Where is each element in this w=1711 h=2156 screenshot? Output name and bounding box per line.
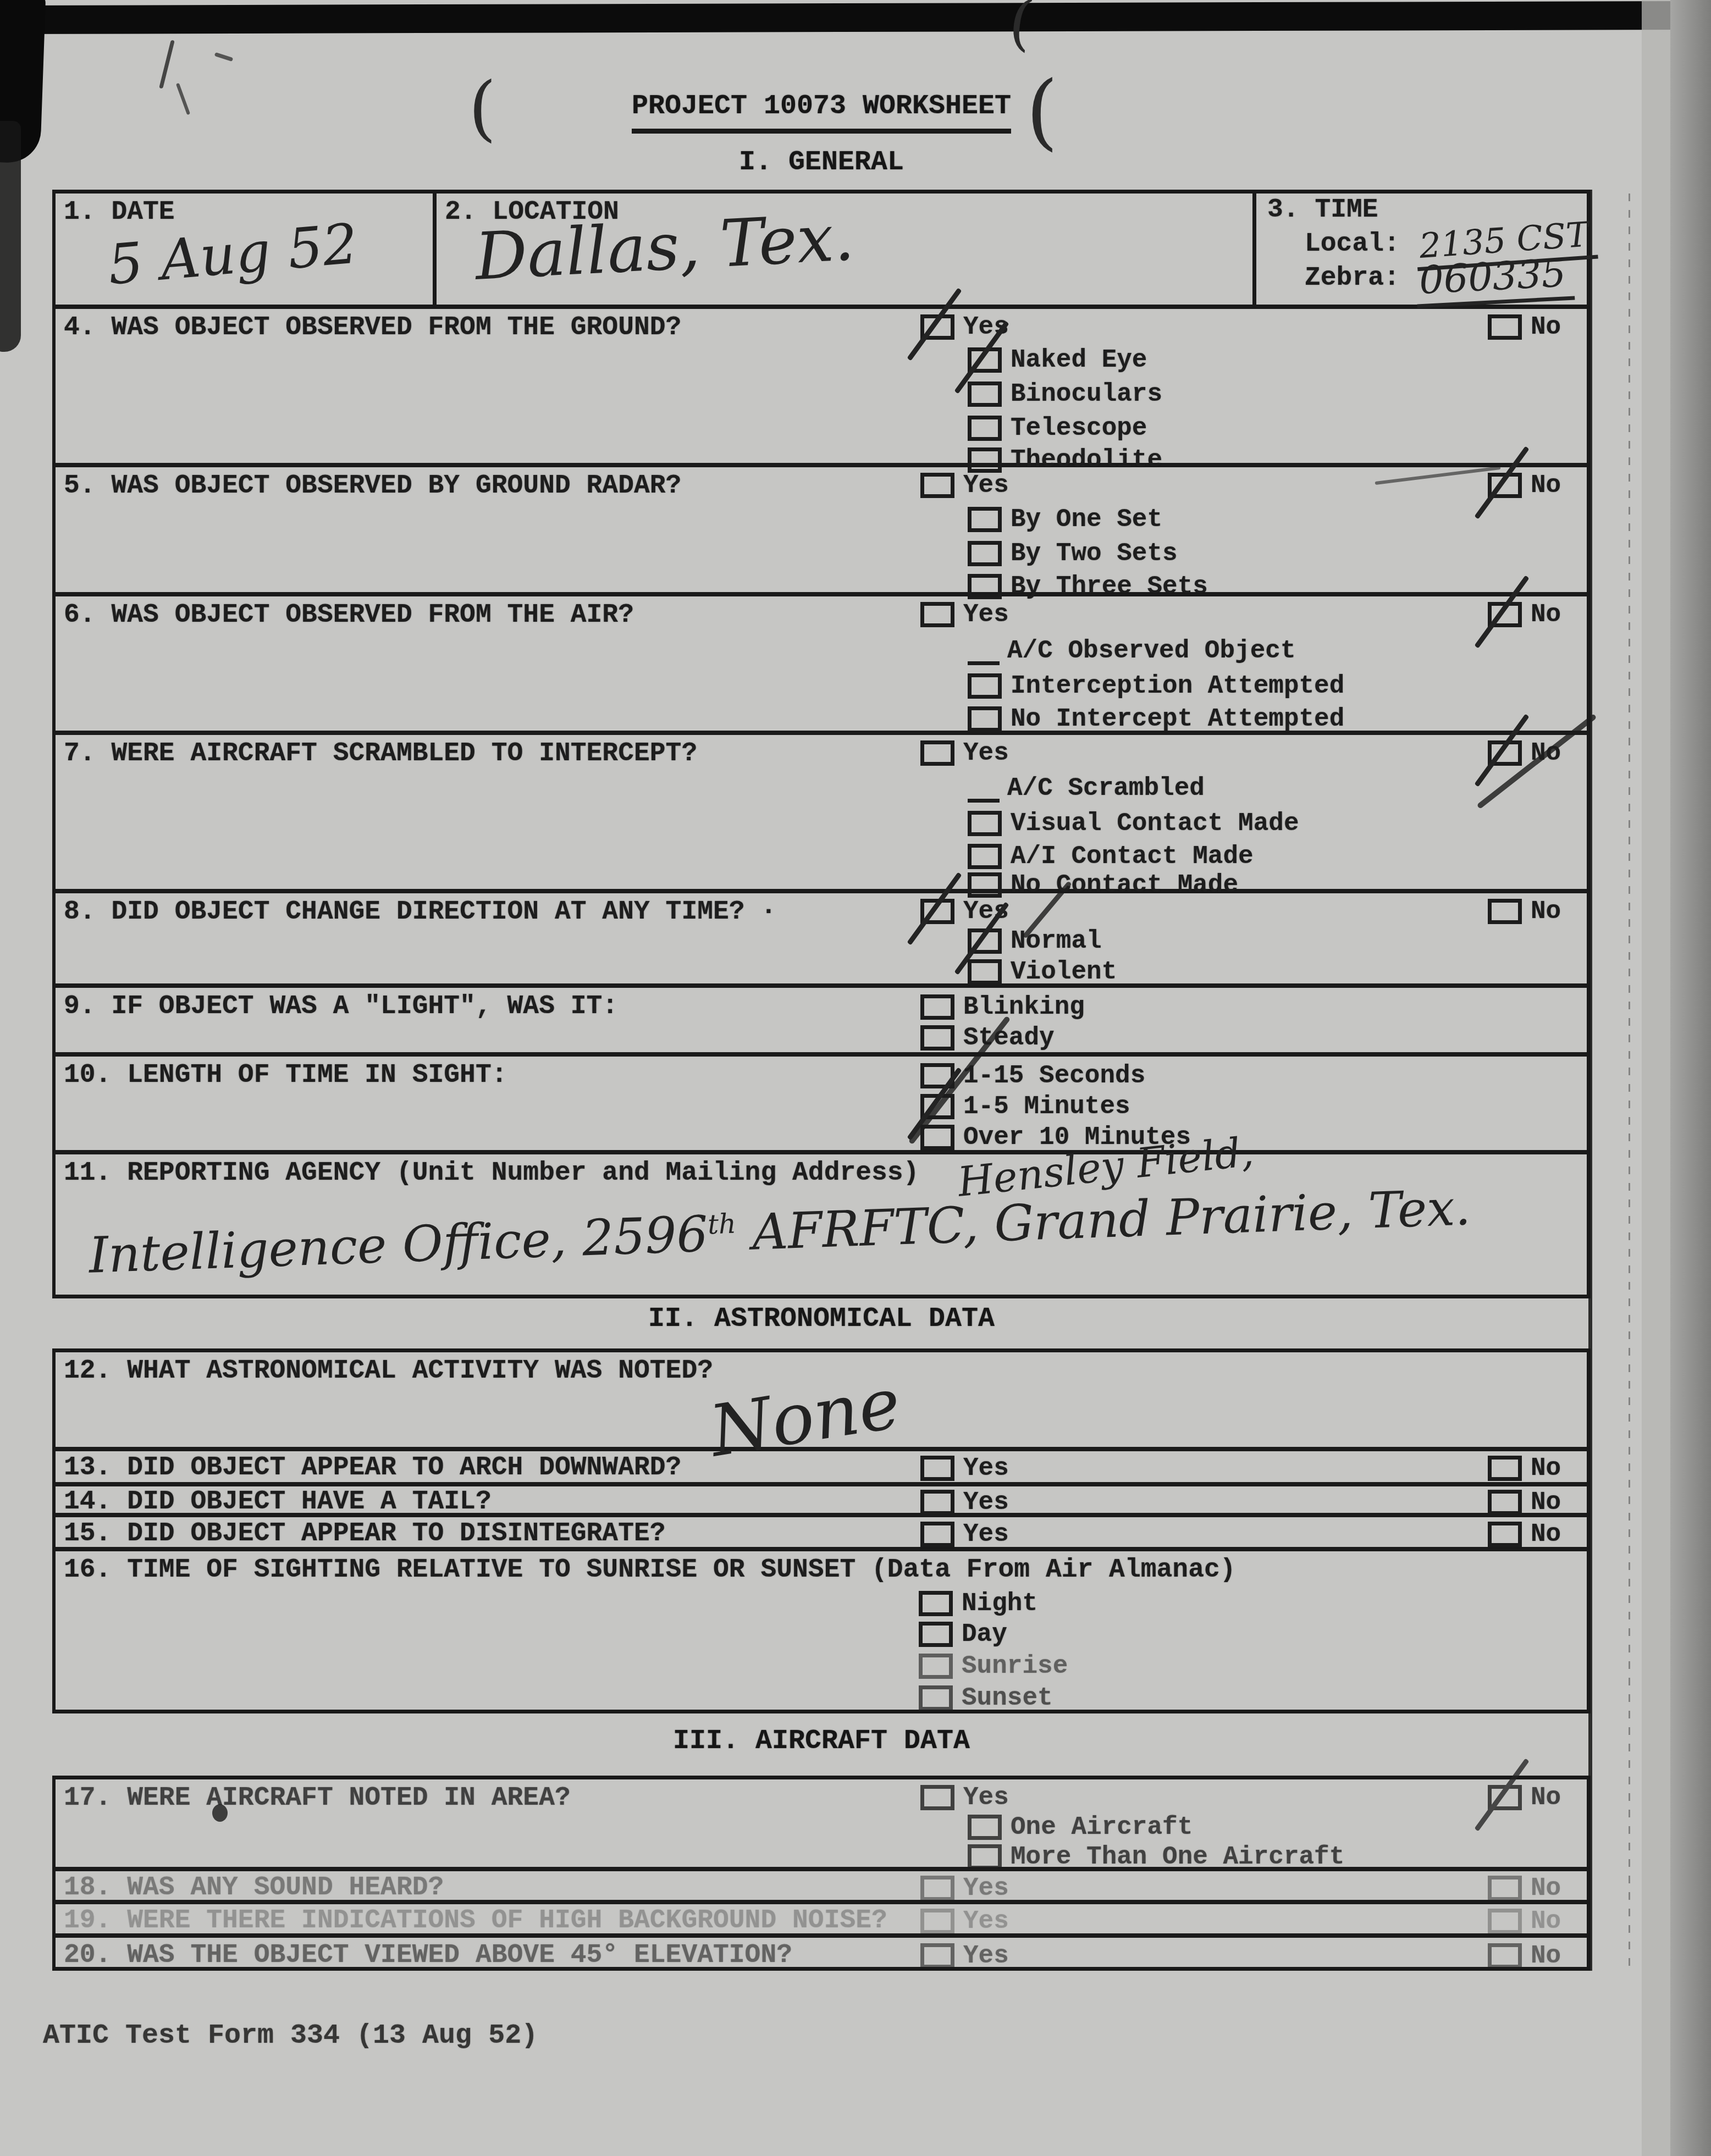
q10-over10-checkbox <box>920 1125 954 1150</box>
scan-edge-right-inner <box>1642 0 1670 2156</box>
q4-binoculars-checkbox <box>968 382 1002 407</box>
q5-yes-checkbox <box>920 473 954 498</box>
q17-label: 17. WERE AIRCRAFT NOTED IN AREA? <box>64 1784 571 1813</box>
q5-three-sets-label: By Three Sets <box>1011 574 1208 599</box>
q6-no-intercept-checkbox <box>968 706 1002 732</box>
q18-no-checkbox <box>1488 1876 1522 1901</box>
q4-naked-eye-checkbox <box>968 347 1002 373</box>
q6-no-checkbox <box>1488 602 1522 627</box>
time-cell: 3. TIME Local: 2135 CST Zebra: 060335 <box>1256 194 1594 305</box>
section-2-heading: II. ASTRONOMICAL DATA <box>52 1304 1591 1334</box>
q10-15sec-label: 1-15 Seconds <box>963 1063 1145 1088</box>
q8-yes-checkbox <box>920 899 954 924</box>
q10-label: 10. LENGTH OF TIME IN SIGHT: <box>64 1061 507 1090</box>
q16-sunrise-checkbox <box>919 1654 953 1679</box>
question-row-q12: 12. WHAT ASTRONOMICAL ACTIVITY WAS NOTED… <box>56 1352 1587 1451</box>
time-zebra-value: 060335 <box>1415 250 1575 303</box>
q4-label: 4. WAS OBJECT OBSERVED FROM THE GROUND? <box>64 313 681 342</box>
q15-no-checkbox <box>1488 1522 1522 1547</box>
question-row-q5: 5. WAS OBJECT OBSERVED BY GROUND RADAR? … <box>56 467 1587 596</box>
q9-label: 9. IF OBJECT WAS A "LIGHT", WAS IT: <box>64 992 618 1021</box>
q17-yes-checkbox <box>920 1785 954 1810</box>
q7-label: 7. WERE AIRCRAFT SCRAMBLED TO INTERCEPT? <box>64 739 697 769</box>
q17-no-label: No <box>1531 1785 1561 1810</box>
q17-no-checkbox <box>1488 1785 1522 1810</box>
q11-value-part2: AFRFTC, Grand Prairie, Tex. <box>736 1179 1472 1262</box>
q7-yes-checkbox <box>920 740 954 766</box>
q5-no-checkbox <box>1488 473 1522 498</box>
scan-edge-right <box>1670 0 1711 2156</box>
q5-no-label: No <box>1531 473 1561 498</box>
q8-violent-checkbox <box>968 959 1002 985</box>
q16-sunrise-label: Sunrise <box>962 1654 1068 1679</box>
q8-no-label: No <box>1531 899 1561 924</box>
date-label: 1. DATE <box>64 198 175 227</box>
location-cell: 2. LOCATION Dallas, Tex. <box>437 194 1256 305</box>
question-row-q4: 4. WAS OBJECT OBSERVED FROM THE GROUND? … <box>56 309 1587 467</box>
q13-label: 13. DID OBJECT APPEAR TO ARCH DOWNWARD? <box>64 1453 681 1483</box>
q19-label: 19. WERE THERE INDICATIONS OF HIGH BACKG… <box>64 1906 887 1936</box>
q11-value-part1: Intelligence Office, 2596 <box>88 1206 709 1285</box>
q13-no-checkbox <box>1488 1456 1522 1481</box>
q8-no-checkbox <box>1488 899 1522 924</box>
q11-label: 11. REPORTING AGENCY (Unit Number and Ma… <box>64 1159 919 1188</box>
q6-interception-label: Interception Attempted <box>1011 673 1344 699</box>
question-row-q7: 7. WERE AIRCRAFT SCRAMBLED TO INTERCEPT?… <box>56 735 1587 893</box>
page-title: PROJECT 10073 WORKSHEET <box>632 91 1011 134</box>
q9-steady-checkbox <box>920 1025 954 1051</box>
q14-yes-label: Yes <box>963 1490 1009 1515</box>
q7-no-label: No <box>1531 740 1561 766</box>
q4-binoculars-label: Binoculars <box>1011 382 1162 407</box>
section-1-heading: I. GENERAL <box>52 147 1591 178</box>
q6-ac-observed-label: A/C Observed Object <box>1007 638 1296 664</box>
q6-yes-label: Yes <box>963 602 1009 627</box>
question-row-q14: 14. DID OBJECT HAVE A TAIL? Yes No <box>56 1486 1587 1517</box>
q8-violent-label: Violent <box>1011 959 1117 985</box>
q20-yes-label: Yes <box>963 1943 1009 1969</box>
q19-no-checkbox <box>1488 1909 1522 1934</box>
q7-ac-scrambled-label: A/C Scrambled <box>1007 776 1205 801</box>
q18-yes-checkbox <box>920 1876 954 1901</box>
q4-no-label: No <box>1531 314 1561 340</box>
q7-ai-contact-checkbox <box>968 844 1002 869</box>
row-date-location-time: 1. DATE 5 Aug 52 2. LOCATION Dallas, Tex… <box>56 194 1587 309</box>
page-title-wrap: PROJECT 10073 WORKSHEET <box>52 91 1591 121</box>
q9-blinking-label: Blinking <box>963 994 1085 1020</box>
q13-yes-checkbox <box>920 1456 954 1481</box>
q19-no-label: No <box>1531 1909 1561 1934</box>
q4-telescope-checkbox <box>968 416 1002 441</box>
question-row-q17: 17. WERE AIRCRAFT NOTED IN AREA? Yes No … <box>56 1779 1587 1871</box>
q17-yes-label: Yes <box>963 1785 1009 1810</box>
q5-yes-label: Yes <box>963 473 1009 498</box>
q20-no-label: No <box>1531 1943 1561 1969</box>
scan-edge-top <box>0 1 1711 34</box>
q6-label: 6. WAS OBJECT OBSERVED FROM THE AIR? <box>64 601 634 630</box>
question-row-q11: 11. REPORTING AGENCY (Unit Number and Ma… <box>56 1154 1587 1302</box>
q17-one-aircraft-checkbox <box>968 1815 1002 1840</box>
form-table-aircraft: 17. WERE AIRCRAFT NOTED IN AREA? Yes No … <box>52 1776 1591 1971</box>
q13-yes-label: Yes <box>963 1456 1009 1481</box>
q4-yes-checkbox <box>920 314 954 340</box>
q8-normal-checkbox <box>968 928 1002 954</box>
q15-no-label: No <box>1531 1522 1561 1547</box>
q15-yes-checkbox <box>920 1522 954 1547</box>
section-3-heading: III. AIRCRAFT DATA <box>52 1726 1591 1756</box>
scan-edge-left <box>0 121 21 352</box>
q4-telescope-label: Telescope <box>1011 416 1147 441</box>
question-row-q19: 19. WERE THERE INDICATIONS OF HIGH BACKG… <box>56 1904 1587 1938</box>
q5-three-sets-checkbox <box>968 574 1002 599</box>
form-number-footer: ATIC Test Form 334 (13 Aug 52) <box>43 2021 538 2052</box>
q14-label: 14. DID OBJECT HAVE A TAIL? <box>64 1488 492 1517</box>
q16-night-checkbox <box>919 1591 953 1616</box>
q9-steady-label: Steady <box>963 1025 1055 1051</box>
q8-normal-label: Normal <box>1011 928 1102 954</box>
question-row-q15: 15. DID OBJECT APPEAR TO DISINTEGRATE? Y… <box>56 1517 1587 1551</box>
form-table-astronomical: 12. WHAT ASTRONOMICAL ACTIVITY WAS NOTED… <box>52 1348 1591 1713</box>
q7-visual-contact-checkbox <box>968 811 1002 836</box>
q11-value-main: Intelligence Office, 2596th AFRFTC, Gran… <box>88 1179 1471 1285</box>
q15-label: 15. DID OBJECT APPEAR TO DISINTEGRATE? <box>64 1519 666 1549</box>
question-row-q16: 16. TIME OF SIGHTING RELATIVE TO SUNRISE… <box>56 1551 1587 1717</box>
q13-no-label: No <box>1531 1456 1561 1481</box>
q19-yes-checkbox <box>920 1909 954 1934</box>
q20-yes-checkbox <box>920 1943 954 1969</box>
q7-ai-contact-label: A/I Contact Made <box>1011 844 1254 869</box>
question-row-q18: 18. WAS ANY SOUND HEARD? Yes No <box>56 1871 1587 1904</box>
q5-one-set-checkbox <box>968 507 1002 532</box>
q7-yes-label: Yes <box>963 740 1009 766</box>
question-row-q13: 13. DID OBJECT APPEAR TO ARCH DOWNWARD? … <box>56 1451 1587 1486</box>
q6-ac-observed-line <box>968 637 1000 665</box>
date-cell: 1. DATE 5 Aug 52 <box>56 194 437 305</box>
q16-sunset-checkbox <box>919 1685 953 1711</box>
ruled-dotted-line <box>1629 194 1630 1969</box>
question-row-q9: 9. IF OBJECT WAS A "LIGHT", WAS IT: Blin… <box>56 988 1587 1057</box>
q12-label: 12. WHAT ASTRONOMICAL ACTIVITY WAS NOTED… <box>64 1357 713 1386</box>
q4-naked-eye-label: Naked Eye <box>1011 347 1147 373</box>
q16-day-label: Day <box>962 1622 1007 1647</box>
q16-day-checkbox <box>919 1622 953 1647</box>
q10-1-5min-checkbox <box>920 1094 954 1119</box>
q8-label: 8. DID OBJECT CHANGE DIRECTION AT ANY TI… <box>64 898 776 927</box>
time-label: 3. TIME <box>1267 196 1378 225</box>
q9-blinking-checkbox <box>920 994 954 1020</box>
q18-yes-label: Yes <box>963 1876 1009 1901</box>
time-zebra-label: Zebra: <box>1305 264 1400 293</box>
q4-no-checkbox <box>1488 314 1522 340</box>
form-table-general: 1. DATE 5 Aug 52 2. LOCATION Dallas, Tex… <box>52 190 1591 1298</box>
q20-label: 20. WAS THE OBJECT VIEWED ABOVE 45° ELEV… <box>64 1941 792 1970</box>
q6-no-intercept-label: No Intercept Attempted <box>1011 706 1344 732</box>
time-local-label: Local: <box>1305 230 1400 259</box>
pen-mark <box>214 52 233 62</box>
q6-interception-checkbox <box>968 673 1002 699</box>
q7-visual-contact-label: Visual Contact Made <box>1011 811 1299 836</box>
q6-no-label: No <box>1531 602 1561 627</box>
question-row-q20: 20. WAS THE OBJECT VIEWED ABOVE 45° ELEV… <box>56 1938 1587 1975</box>
question-row-q8: 8. DID OBJECT CHANGE DIRECTION AT ANY TI… <box>56 893 1587 988</box>
q15-yes-label: Yes <box>963 1522 1009 1547</box>
q14-no-label: No <box>1531 1490 1561 1515</box>
q5-one-set-label: By One Set <box>1011 507 1162 532</box>
q5-two-sets-checkbox <box>968 541 1002 566</box>
q17-more-aircraft-checkbox <box>968 1844 1002 1870</box>
question-row-q6: 6. WAS OBJECT OBSERVED FROM THE AIR? Yes… <box>56 596 1587 735</box>
q11-value-sup: th <box>707 1208 737 1241</box>
q14-yes-checkbox <box>920 1490 954 1515</box>
q14-no-checkbox <box>1488 1490 1522 1515</box>
q10-1-5min-label: 1-5 Minutes <box>963 1094 1130 1119</box>
q7-ac-scrambled-line <box>968 775 1000 803</box>
q18-label: 18. WAS ANY SOUND HEARD? <box>64 1873 444 1903</box>
question-row-q10: 10. LENGTH OF TIME IN SIGHT: 1-15 Second… <box>56 1057 1587 1154</box>
scanned-worksheet-page: ( ( ( PROJECT 10073 WORKSHEET I. GENERAL… <box>0 0 1711 2156</box>
q19-yes-label: Yes <box>963 1909 1009 1934</box>
q5-two-sets-label: By Two Sets <box>1011 541 1178 566</box>
q18-no-label: No <box>1531 1876 1561 1901</box>
q16-label: 16. TIME OF SIGHTING RELATIVE TO SUNRISE… <box>64 1556 1236 1585</box>
q20-no-checkbox <box>1488 1943 1522 1969</box>
q16-sunset-label: Sunset <box>962 1685 1053 1711</box>
q6-yes-checkbox <box>920 602 954 627</box>
q7-no-checkbox <box>1488 740 1522 766</box>
q17-one-aircraft-label: One Aircraft <box>1011 1815 1193 1840</box>
q16-night-label: Night <box>962 1591 1037 1616</box>
q5-label: 5. WAS OBJECT OBSERVED BY GROUND RADAR? <box>64 472 681 501</box>
q17-more-aircraft-label: More Than One Aircraft <box>1011 1844 1344 1870</box>
pen-mark <box>159 40 175 89</box>
